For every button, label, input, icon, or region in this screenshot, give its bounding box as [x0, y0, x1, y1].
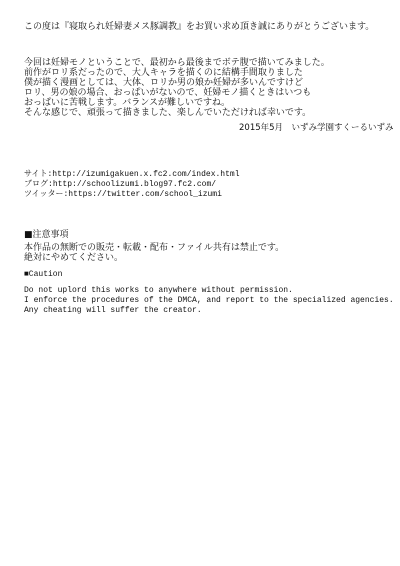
afterword-line: ロリ、男の娘の場合、おっぱいがないので、妊婦モノ描くときはいつも: [24, 88, 330, 98]
caution-line: Any cheating will suffer the creator.: [24, 306, 394, 316]
link-label: サイト: [24, 170, 47, 179]
link-url[interactable]: https://twitter.com/school_izumi: [68, 190, 222, 199]
afterword-line: おっぱいに苦戦します。バランスが難しいですね。: [24, 98, 330, 108]
signature: 2015年5月 いずみ学園すくーるいずみ: [239, 121, 394, 133]
afterword-text: 今回は妊婦モノということで、最初から最後までボテ腹で描いてみました。 前作がロリ…: [24, 58, 330, 118]
thanks-message: この度は『寝取られ妊婦妻メス豚調教』をお買い求め頂き誠にありがとうございます。: [24, 22, 374, 32]
link-twitter[interactable]: ツイッター:https://twitter.com/school_izumi: [24, 190, 240, 200]
link-site[interactable]: サイト:http://izumigakuen.x.fc2.com/index.h…: [24, 170, 240, 180]
link-label: ブログ: [24, 180, 48, 189]
notice-text: 本作品の無断での販売・転載・配布・ファイル共有は禁止です。 絶対にやめてください…: [24, 243, 284, 263]
link-url[interactable]: http://schoolizumi.blog97.fc2.com/: [53, 180, 216, 189]
link-url[interactable]: http://izumigakuen.x.fc2.com/index.html: [52, 170, 239, 179]
caution-text: Do not uplord this works to anywhere wit…: [24, 286, 394, 316]
link-label: ツイッター: [24, 190, 63, 199]
caution-heading: ■Caution: [24, 270, 62, 280]
afterword-line: そんな感じで、頑張って描きました、楽しんでいただければ幸いです。: [24, 108, 330, 118]
afterword-line: 前作がロリ系だったので、大人キャラを描くのに結構手間取りました: [24, 68, 330, 78]
caution-line: Do not uplord this works to anywhere wit…: [24, 286, 394, 296]
notice-line: 本作品の無断での販売・転載・配布・ファイル共有は禁止です。: [24, 243, 284, 253]
author-links: サイト:http://izumigakuen.x.fc2.com/index.h…: [24, 170, 240, 200]
afterword-line: 今回は妊婦モノということで、最初から最後までボテ腹で描いてみました。: [24, 58, 330, 68]
caution-line: I enforce the procedures of the DMCA, an…: [24, 296, 394, 306]
link-blog[interactable]: ブログ:http://schoolizumi.blog97.fc2.com/: [24, 180, 240, 190]
notice-heading: ■注意事項: [24, 230, 69, 240]
notice-line: 絶対にやめてください。: [24, 253, 284, 263]
afterword-line: 僕が描く漫画としては、大体、ロリか男の娘か妊婦が多いんですけど: [24, 78, 330, 88]
